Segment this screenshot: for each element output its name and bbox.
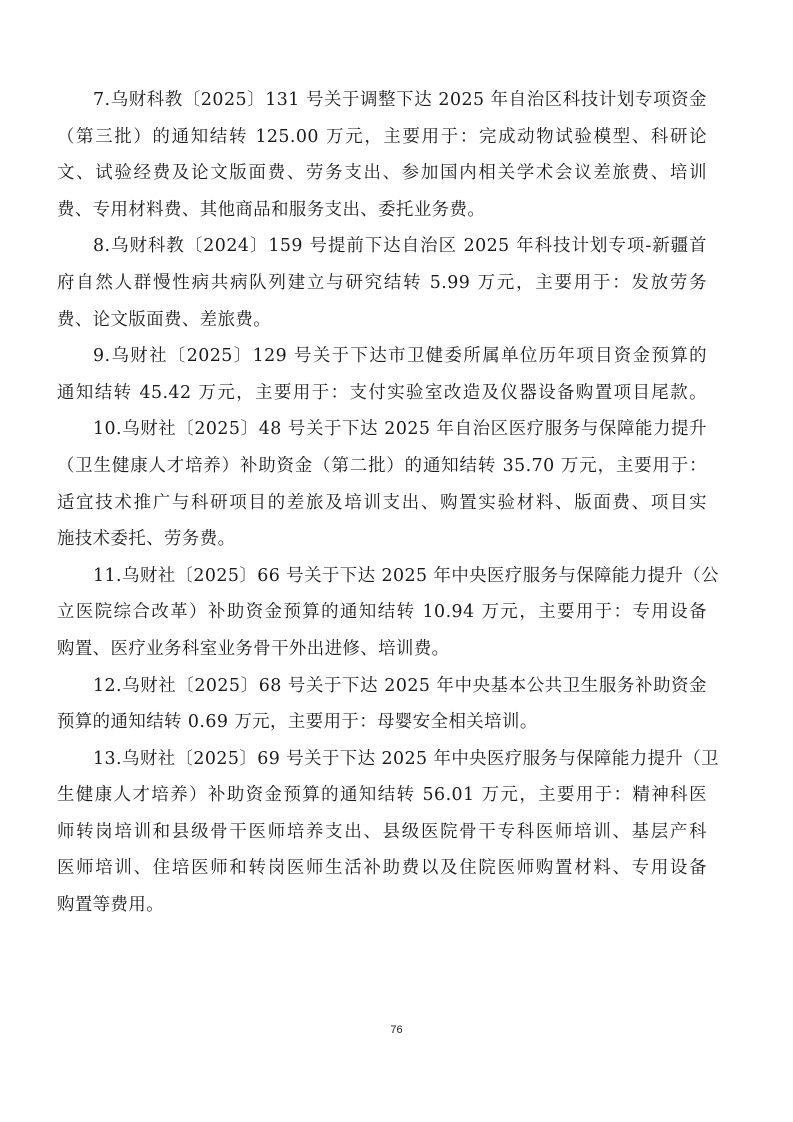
text-line: 文、试验经费及论文版面费、劳务支出、参加国内相关学术会议差旅费、培训 [57,155,707,192]
text-line: 11.乌财社〔2025〕66 号关于下达 2025 年中央医疗服务与保障能力提升… [57,558,707,595]
text-line: 预算的通知结转 0.69 万元，主要用于：母婴安全相关培训。 [57,704,707,741]
text-line: （第三批）的通知结转 125.00 万元，主要用于：完成动物试验模型、科研论 [57,119,707,156]
text-line: 费、专用材料费、其他商品和服务支出、委托业务费。 [57,192,707,229]
text-line: 立医院综合改革）补助资金预算的通知结转 10.94 万元，主要用于：专用设备 [57,594,707,631]
paragraph-item-7: 7.乌财科教〔2025〕131 号关于调整下达 2025 年自治区科技计划专项资… [57,82,707,228]
paragraph-item-8: 8.乌财科教〔2024〕159 号提前下达自治区 2025 年科技计划专项-新疆… [57,228,707,338]
text-line: 7.乌财科教〔2025〕131 号关于调整下达 2025 年自治区科技计划专项资… [57,82,707,119]
text-line: 13.乌财社〔2025〕69 号关于下达 2025 年中央医疗服务与保障能力提升… [57,741,707,778]
paragraph-item-10: 10.乌财社〔2025〕48 号关于下达 2025 年自治区医疗服务与保障能力提… [57,411,707,557]
text-line: 8.乌财科教〔2024〕159 号提前下达自治区 2025 年科技计划专项-新疆… [57,228,707,265]
paragraph-item-11: 11.乌财社〔2025〕66 号关于下达 2025 年中央医疗服务与保障能力提升… [57,558,707,668]
text-line: 9.乌财社〔2025〕129 号关于下达市卫健委所属单位历年项目资金预算的 [57,338,707,375]
text-line: （卫生健康人才培养）补助资金（第二批）的通知结转 35.70 万元，主要用于： [57,448,707,485]
text-line: 适宜技术推广与科研项目的差旅及培训支出、购置实验材料、版面费、项目实 [57,485,707,522]
text-line: 12.乌财社〔2025〕68 号关于下达 2025 年中央基本公共卫生服务补助资… [57,668,707,705]
paragraph-item-12: 12.乌财社〔2025〕68 号关于下达 2025 年中央基本公共卫生服务补助资… [57,668,707,741]
paragraph-item-9: 9.乌财社〔2025〕129 号关于下达市卫健委所属单位历年项目资金预算的 通知… [57,338,707,411]
text-line: 购置等费用。 [57,887,707,924]
text-line: 费、论文版面费、差旅费。 [57,302,707,339]
text-line: 10.乌财社〔2025〕48 号关于下达 2025 年自治区医疗服务与保障能力提… [57,411,707,448]
text-line: 施技术委托、劳务费。 [57,521,707,558]
text-line: 生健康人才培养）补助资金预算的通知结转 56.01 万元，主要用于：精神科医 [57,777,707,814]
paragraph-item-13: 13.乌财社〔2025〕69 号关于下达 2025 年中央医疗服务与保障能力提升… [57,741,707,924]
text-line: 师转岗培训和县级骨干医师培养支出、县级医院骨干专科医师培训、基层产科 [57,814,707,851]
page-number: 76 [0,1024,793,1036]
text-line: 通知结转 45.42 万元，主要用于：支付实验室改造及仪器设备购置项目尾款。 [57,375,707,412]
text-line: 府自然人群慢性病共病队列建立与研究结转 5.99 万元，主要用于：发放劳务 [57,265,707,302]
document-body: 7.乌财科教〔2025〕131 号关于调整下达 2025 年自治区科技计划专项资… [57,82,707,924]
text-line: 医师培训、住培医师和转岗医师生活补助费以及住院医师购置材料、专用设备 [57,850,707,887]
text-line: 购置、医疗业务科室业务骨干外出进修、培训费。 [57,631,707,668]
